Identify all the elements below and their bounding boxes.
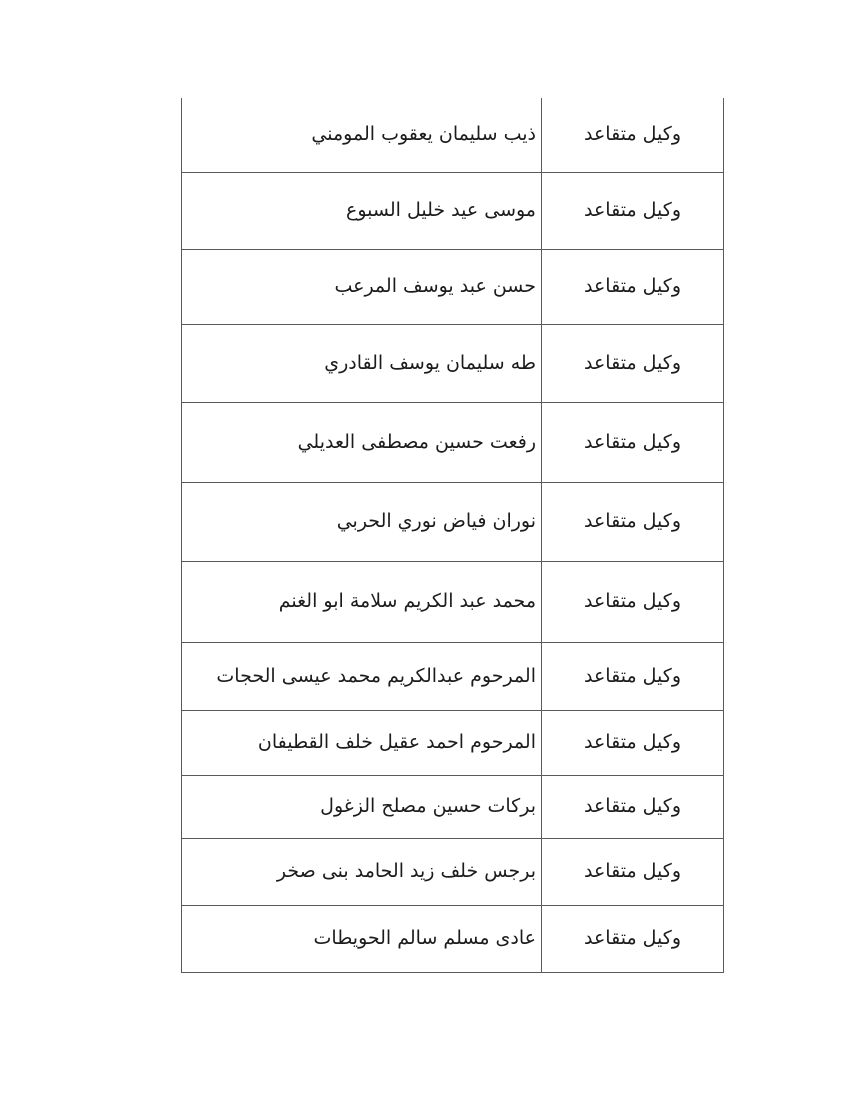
- person-name-cell: عادى مسلم سالم الحويطات: [182, 906, 541, 972]
- person-name-cell: بركات حسين مصلح الزغول: [182, 776, 541, 838]
- person-name-cell: ذيب سليمان يعقوب المومني: [182, 98, 541, 172]
- person-name-cell: رفعت حسين مصطفى العديلي: [182, 403, 541, 482]
- rank-cell: وكيل متقاعد: [541, 173, 723, 249]
- rank-cell: وكيل متقاعد: [541, 325, 723, 402]
- table-row: المرحوم احمد عقيل خلف القطيفانوكيل متقاع…: [182, 711, 723, 776]
- table-row: بركات حسين مصلح الزغولوكيل متقاعد: [182, 776, 723, 839]
- table-row: طه سليمان يوسف القادريوكيل متقاعد: [182, 325, 723, 403]
- table-row: موسى عيد خليل السبوعوكيل متقاعد: [182, 173, 723, 250]
- retired-personnel-table: ذيب سليمان يعقوب المومنيوكيل متقاعدموسى …: [181, 98, 724, 973]
- person-name-cell: برجس خلف زيد الحامد بنى صخر: [182, 839, 541, 905]
- person-name-cell: نوران فياض نوري الحربي: [182, 483, 541, 561]
- document-page: ذيب سليمان يعقوب المومنيوكيل متقاعدموسى …: [0, 0, 850, 1100]
- person-name-cell: المرحوم احمد عقيل خلف القطيفان: [182, 711, 541, 775]
- rank-cell: وكيل متقاعد: [541, 562, 723, 642]
- table-row: محمد عبد الكريم سلامة ابو الغنموكيل متقا…: [182, 562, 723, 643]
- person-name-cell: المرحوم عبدالكريم محمد عيسى الحجات: [182, 643, 541, 710]
- rank-cell: وكيل متقاعد: [541, 906, 723, 972]
- rank-cell: وكيل متقاعد: [541, 403, 723, 482]
- table-row: نوران فياض نوري الحربيوكيل متقاعد: [182, 483, 723, 562]
- rank-cell: وكيل متقاعد: [541, 250, 723, 324]
- person-name-cell: طه سليمان يوسف القادري: [182, 325, 541, 402]
- rank-cell: وكيل متقاعد: [541, 839, 723, 905]
- table-row: برجس خلف زيد الحامد بنى صخروكيل متقاعد: [182, 839, 723, 906]
- table-row: حسن عبد يوسف المرعبوكيل متقاعد: [182, 250, 723, 325]
- person-name-cell: محمد عبد الكريم سلامة ابو الغنم: [182, 562, 541, 642]
- rank-cell: وكيل متقاعد: [541, 483, 723, 561]
- rank-cell: وكيل متقاعد: [541, 643, 723, 710]
- rank-cell: وكيل متقاعد: [541, 776, 723, 838]
- person-name-cell: حسن عبد يوسف المرعب: [182, 250, 541, 324]
- person-name-cell: موسى عيد خليل السبوع: [182, 173, 541, 249]
- rank-cell: وكيل متقاعد: [541, 711, 723, 775]
- table-row: رفعت حسين مصطفى العديليوكيل متقاعد: [182, 403, 723, 483]
- table-row: عادى مسلم سالم الحويطاتوكيل متقاعد: [182, 906, 723, 972]
- table-row: المرحوم عبدالكريم محمد عيسى الحجاتوكيل م…: [182, 643, 723, 711]
- table-row: ذيب سليمان يعقوب المومنيوكيل متقاعد: [182, 98, 723, 173]
- rank-cell: وكيل متقاعد: [541, 98, 723, 172]
